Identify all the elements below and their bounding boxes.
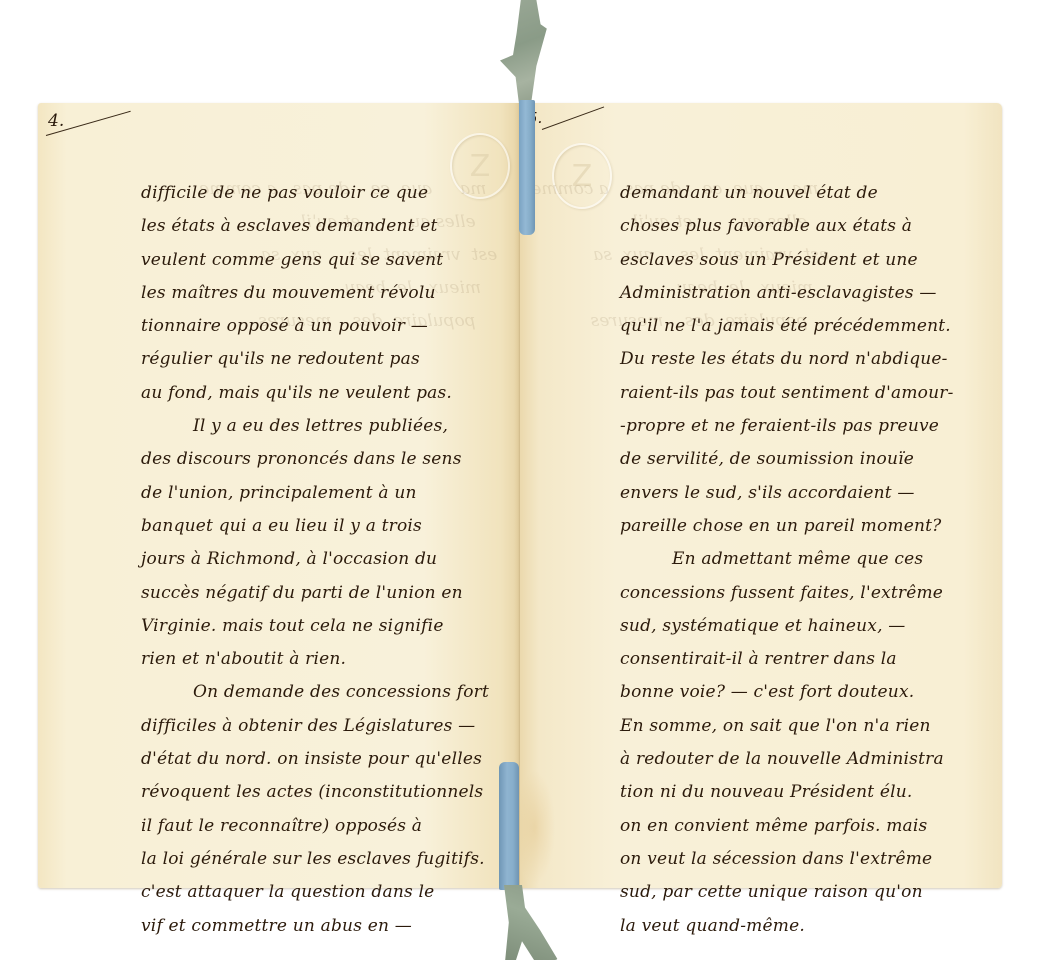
right-page: Z ma que ce de pas a comme elles au et q… xyxy=(520,103,1002,888)
text-line: succès négatif du parti de l'union en xyxy=(141,577,511,610)
text-line: des discours prononcés dans le sens xyxy=(141,443,511,476)
text-line: de servilité, de soumission inouïe xyxy=(620,443,990,476)
text-line: On demande des concessions fort xyxy=(141,676,511,709)
text-line: veulent comme gens qui se savent xyxy=(141,244,511,277)
text-line: raient-ils pas tout sentiment d'amour- xyxy=(620,377,990,410)
text-line: c'est attaquer la question dans le xyxy=(141,876,511,909)
text-line: Il y a eu des lettres publiées, xyxy=(141,410,511,443)
text-line: bonne voie? — c'est fort douteux. xyxy=(620,676,990,709)
text-line: esclaves sous un Président et une xyxy=(620,244,990,277)
text-line: -propre et ne feraient-ils pas preuve xyxy=(620,410,990,443)
text-line: vif et commettre un abus en — xyxy=(141,910,511,943)
text-line: à redouter de la nouvelle Administra xyxy=(620,743,990,776)
text-line: la veut quand-même. xyxy=(620,910,990,943)
text-line: d'état du nord. on insiste pour qu'elles xyxy=(141,743,511,776)
text-line: tionnaire opposé à un pouvoir — xyxy=(141,310,511,343)
text-line: au fond, mais qu'ils ne veulent pas. xyxy=(141,377,511,410)
text-line: difficiles à obtenir des Législatures — xyxy=(141,710,511,743)
text-line: Du reste les états du nord n'abdique- xyxy=(620,343,990,376)
text-line: régulier qu'ils ne redoutent pas xyxy=(141,343,511,376)
text-line: on en convient même parfois. mais xyxy=(620,810,990,843)
ribbon-bottom-binding xyxy=(499,762,519,890)
text-line: difficile de ne pas vouloir ce que xyxy=(141,177,511,210)
text-line: Virginie. mais tout cela ne signifie xyxy=(141,610,511,643)
water-stain xyxy=(515,770,555,885)
text-line: jours à Richmond, à l'occasion du xyxy=(141,543,511,576)
ribbon-top-binding xyxy=(519,100,535,235)
text-line: consentirait-il à rentrer dans la xyxy=(620,643,990,676)
text-line: pareille chose en un pareil moment? xyxy=(620,510,990,543)
text-line: envers le sud, s'ils accordaient — xyxy=(620,477,990,510)
text-line: demandant un nouvel état de xyxy=(620,177,990,210)
right-page-text: demandant un nouvel état de choses plus … xyxy=(620,177,990,943)
text-line: choses plus favorable aux états à xyxy=(620,210,990,243)
text-line: En admettant même que ces xyxy=(620,543,990,576)
text-line: les états à esclaves demandent et xyxy=(141,210,511,243)
text-line: on veut la sécession dans l'extrême xyxy=(620,843,990,876)
text-line: la loi générale sur les esclaves fugitif… xyxy=(141,843,511,876)
left-page-text: difficile de ne pas vouloir ce que les é… xyxy=(141,177,511,943)
ribbon-top-knot xyxy=(500,0,552,110)
left-page: Z ma que ce de pas a comme elles au et q… xyxy=(38,103,520,888)
text-line: il faut le reconnaître) opposés à xyxy=(141,810,511,843)
page-number-rule xyxy=(542,106,604,130)
text-line: Administration anti-esclavagistes — xyxy=(620,277,990,310)
text-line: révoquent les actes (inconstitutionnels xyxy=(141,776,511,809)
text-line: En somme, on sait que l'on n'a rien xyxy=(620,710,990,743)
text-line: tion ni du nouveau Président élu. xyxy=(620,776,990,809)
text-line: rien et n'aboutit à rien. xyxy=(141,643,511,676)
text-line: sud, systématique et haineux, — xyxy=(620,610,990,643)
text-line: de l'union, principalement à un xyxy=(141,477,511,510)
text-line: sud, par cette unique raison qu'on xyxy=(620,876,990,909)
text-line: concessions fussent faites, l'extrême xyxy=(620,577,990,610)
page-number: 4. xyxy=(48,111,64,131)
text-line: banquet qui a eu lieu il y a trois xyxy=(141,510,511,543)
text-line: les maîtres du mouvement révolu xyxy=(141,277,511,310)
text-line: qu'il ne l'a jamais été précédemment. xyxy=(620,310,990,343)
